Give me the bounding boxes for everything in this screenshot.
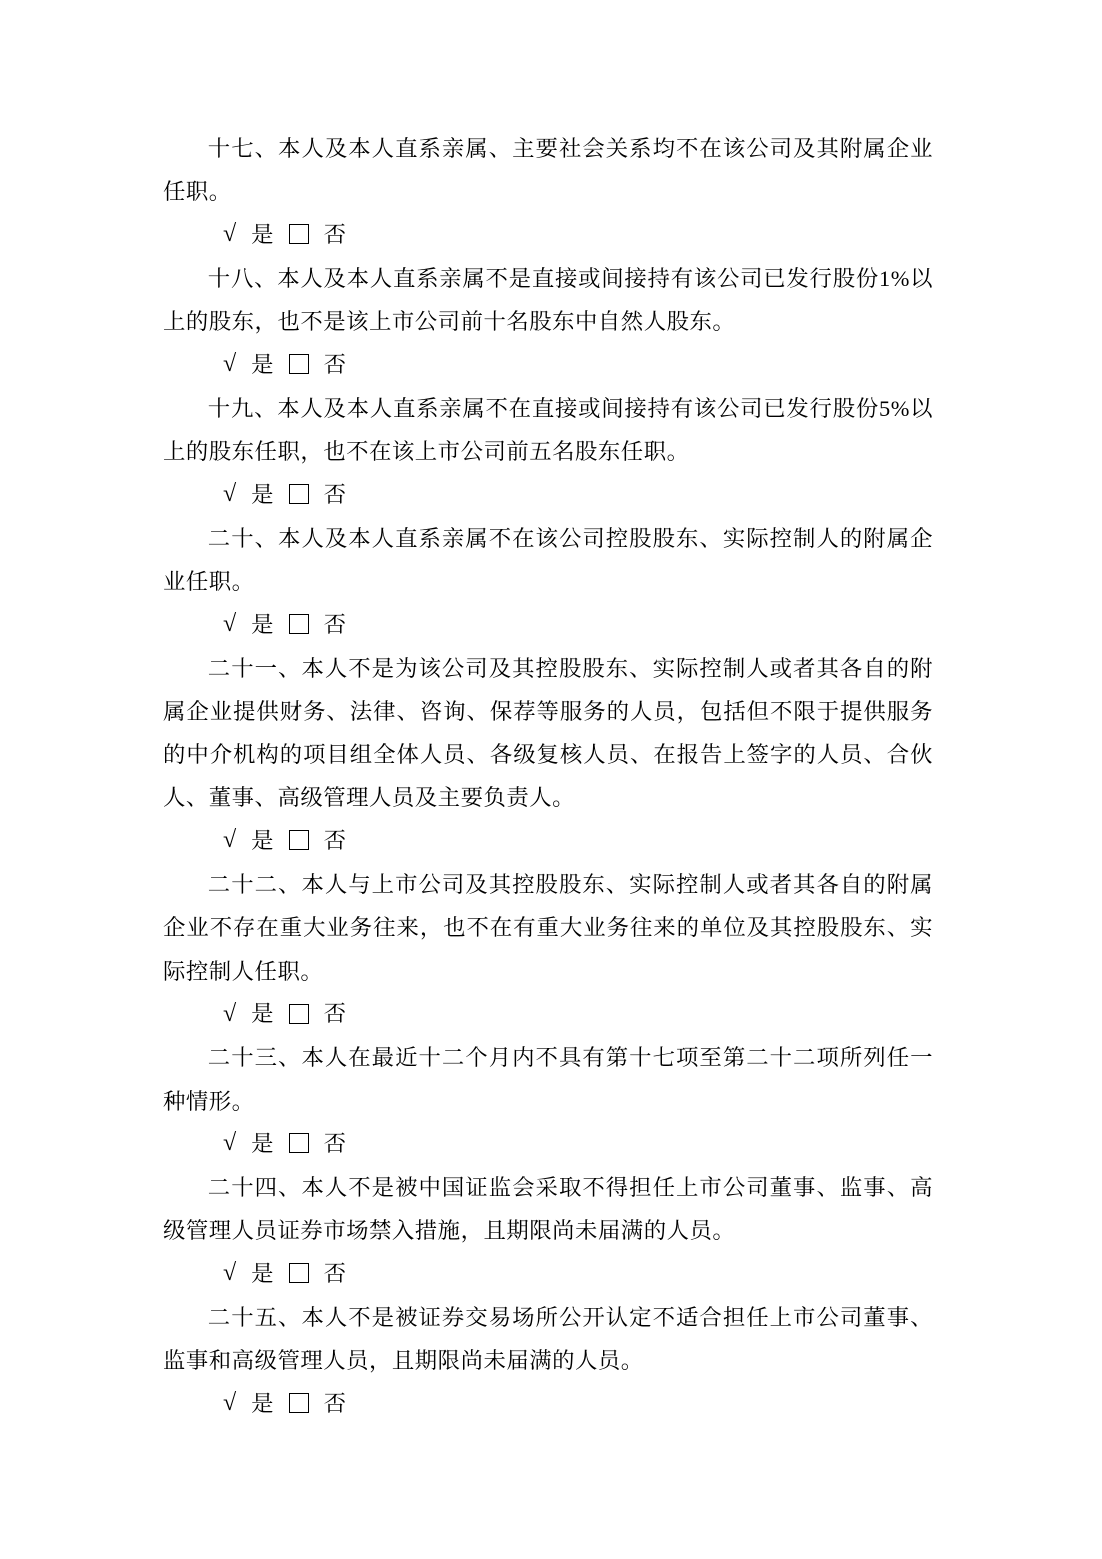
yes-label: 是 (251, 484, 273, 506)
no-checkbox-icon (289, 354, 309, 374)
item-23-answer-row: √ 是 否 (163, 1123, 933, 1166)
yes-label: 是 (251, 614, 273, 636)
yes-check-icon: √ (223, 482, 236, 506)
no-label: 否 (324, 1133, 346, 1155)
no-label: 否 (324, 1393, 346, 1415)
yes-label: 是 (251, 1393, 273, 1415)
item-20-answer-row: √ 是 否 (163, 603, 933, 646)
declaration-item-22: 二十二、本人与上市公司及其控股股东、实际控制人或者其各自的附属企业不存在重大业务… (163, 863, 933, 1036)
item-17-answer-row: √ 是 否 (163, 214, 933, 257)
item-17-text: 十七、本人及本人直系亲属、主要社会关系均不在该公司及其附属企业任职。 (163, 127, 933, 214)
item-21-text: 二十一、本人不是为该公司及其控股股东、实际控制人或者其各自的附属企业提供财务、法… (163, 647, 933, 820)
yes-check-icon: √ (223, 222, 236, 246)
item-24-answer-row: √ 是 否 (163, 1253, 933, 1296)
declaration-item-17: 十七、本人及本人直系亲属、主要社会关系均不在该公司及其附属企业任职。 √ 是 否 (163, 127, 933, 257)
item-24-text: 二十四、本人不是被中国证监会采取不得担任上市公司董事、监事、高级管理人员证券市场… (163, 1166, 933, 1253)
item-19-text: 十九、本人及本人直系亲属不在直接或间接持有该公司已发行股份5%以上的股东任职，也… (163, 387, 933, 474)
yes-label: 是 (251, 224, 273, 246)
item-25-text: 二十五、本人不是被证券交易场所公开认定不适合担任上市公司董事、监事和高级管理人员… (163, 1296, 933, 1383)
no-label: 否 (324, 1003, 346, 1025)
yes-label: 是 (251, 354, 273, 376)
no-checkbox-icon (289, 1393, 309, 1413)
no-label: 否 (324, 224, 346, 246)
yes-label: 是 (251, 1133, 273, 1155)
yes-check-icon: √ (223, 1131, 236, 1155)
declaration-item-24: 二十四、本人不是被中国证监会采取不得担任上市公司董事、监事、高级管理人员证券市场… (163, 1166, 933, 1296)
document-page: 十七、本人及本人直系亲属、主要社会关系均不在该公司及其附属企业任职。 √ 是 否… (0, 0, 1102, 1559)
declaration-item-19: 十九、本人及本人直系亲属不在直接或间接持有该公司已发行股份5%以上的股东任职，也… (163, 387, 933, 517)
yes-check-icon: √ (223, 612, 236, 636)
no-checkbox-icon (289, 614, 309, 634)
item-18-answer-row: √ 是 否 (163, 343, 933, 386)
document-body: 十七、本人及本人直系亲属、主要社会关系均不在该公司及其附属企业任职。 √ 是 否… (163, 127, 933, 1426)
no-checkbox-icon (289, 1133, 309, 1153)
yes-check-icon: √ (223, 828, 236, 852)
item-19-answer-row: √ 是 否 (163, 473, 933, 516)
no-checkbox-icon (289, 484, 309, 504)
yes-label: 是 (251, 1003, 273, 1025)
no-label: 否 (324, 614, 346, 636)
declaration-item-25: 二十五、本人不是被证券交易场所公开认定不适合担任上市公司董事、监事和高级管理人员… (163, 1296, 933, 1426)
declaration-item-20: 二十、本人及本人直系亲属不在该公司控股股东、实际控制人的附属企业任职。 √ 是 … (163, 517, 933, 647)
item-21-answer-row: √ 是 否 (163, 820, 933, 863)
declaration-item-21: 二十一、本人不是为该公司及其控股股东、实际控制人或者其各自的附属企业提供财务、法… (163, 647, 933, 863)
no-label: 否 (324, 354, 346, 376)
item-22-text: 二十二、本人与上市公司及其控股股东、实际控制人或者其各自的附属企业不存在重大业务… (163, 863, 933, 993)
item-20-text: 二十、本人及本人直系亲属不在该公司控股股东、实际控制人的附属企业任职。 (163, 517, 933, 604)
yes-check-icon: √ (223, 1261, 236, 1285)
no-checkbox-icon (289, 1004, 309, 1024)
no-checkbox-icon (289, 1263, 309, 1283)
yes-check-icon: √ (223, 1002, 236, 1026)
yes-label: 是 (251, 1263, 273, 1285)
declaration-item-23: 二十三、本人在最近十二个月内不具有第十七项至第二十二项所列任一种情形。 √ 是 … (163, 1036, 933, 1166)
yes-check-icon: √ (223, 1391, 236, 1415)
item-18-text: 十八、本人及本人直系亲属不是直接或间接持有该公司已发行股份1%以上的股东，也不是… (163, 257, 933, 344)
no-label: 否 (324, 1263, 346, 1285)
no-label: 否 (324, 484, 346, 506)
item-25-answer-row: √ 是 否 (163, 1383, 933, 1426)
no-checkbox-icon (289, 224, 309, 244)
item-22-answer-row: √ 是 否 (163, 993, 933, 1036)
no-label: 否 (324, 830, 346, 852)
declaration-item-18: 十八、本人及本人直系亲属不是直接或间接持有该公司已发行股份1%以上的股东，也不是… (163, 257, 933, 387)
yes-label: 是 (251, 830, 273, 852)
item-23-text: 二十三、本人在最近十二个月内不具有第十七项至第二十二项所列任一种情形。 (163, 1036, 933, 1123)
yes-check-icon: √ (223, 352, 236, 376)
no-checkbox-icon (289, 830, 309, 850)
